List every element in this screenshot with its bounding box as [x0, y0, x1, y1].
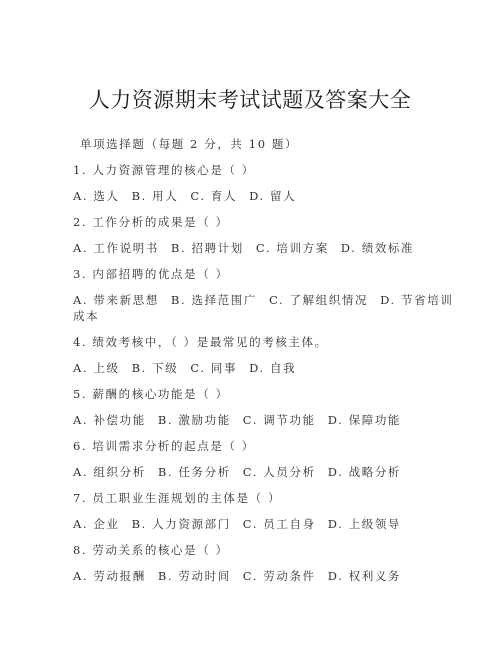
- option-c: C. 育人: [190, 188, 237, 204]
- question-3-options: A. 带来新思想B. 选择范围广C. 了解组织情况D. 节省培训: [73, 292, 453, 308]
- option-c: C. 人员分析: [243, 464, 316, 480]
- option-a: A. 带来新思想: [73, 292, 159, 308]
- option-c: C. 了解组织情况: [269, 292, 368, 308]
- option-d: D. 权利义务: [328, 568, 401, 584]
- question-8-stem: 8. 劳动关系的核心是（ ）: [73, 542, 229, 558]
- option-d: D. 自我: [249, 360, 296, 376]
- question-7-options: A. 企业B. 人力资源部门C. 员工自身D. 上级领导: [73, 516, 401, 532]
- option-a: A. 组织分析: [73, 464, 146, 480]
- question-6-options: A. 组织分析B. 任务分析C. 人员分析D. 战略分析: [73, 464, 401, 480]
- section-header: 单项选择题（每题 2 分，共 10 题）: [80, 136, 298, 152]
- question-2-stem: 2. 工作分析的成果是（ ）: [73, 214, 229, 230]
- option-d: D. 保障功能: [328, 412, 401, 428]
- document-title: 人力资源期末考试试题及答案大全: [0, 84, 500, 114]
- option-a: A. 工作说明书: [73, 240, 159, 256]
- question-1-options: A. 选人B. 用人C. 育人D. 留人: [73, 188, 296, 204]
- option-c: C. 调节功能: [243, 412, 316, 428]
- option-b: B. 选择范围广: [171, 292, 257, 308]
- question-4-options: A. 上级B. 下级C. 同事D. 自我: [73, 360, 296, 376]
- question-5-stem: 5. 薪酬的核心功能是（ ）: [73, 386, 229, 402]
- option-b: B. 劳动时间: [158, 568, 231, 584]
- option-d: D. 节省培训: [380, 292, 453, 308]
- question-6-stem: 6. 培训需求分析的起点是（ ）: [73, 438, 255, 454]
- question-8-options: A. 劳动报酬B. 劳动时间C. 劳动条件D. 权利义务: [73, 568, 401, 584]
- option-c: C. 员工自身: [243, 516, 316, 532]
- document-page: 人力资源期末考试试题及答案大全 单项选择题（每题 2 分，共 10 题） 1. …: [0, 0, 500, 647]
- option-d: D. 留人: [249, 188, 296, 204]
- question-5-options: A. 补偿功能B. 激励功能C. 调节功能D. 保障功能: [73, 412, 401, 428]
- option-b: B. 任务分析: [158, 464, 231, 480]
- option-d: D. 战略分析: [328, 464, 401, 480]
- option-b: B. 激励功能: [158, 412, 231, 428]
- option-a: A. 补偿功能: [73, 412, 146, 428]
- option-d: D. 上级领导: [328, 516, 401, 532]
- option-b: B. 用人: [132, 188, 179, 204]
- option-c: C. 同事: [190, 360, 237, 376]
- question-7-stem: 7. 员工职业生涯规划的主体是（ ）: [73, 490, 281, 506]
- option-b: B. 招聘计划: [171, 240, 244, 256]
- question-3-stem: 3. 内部招聘的优点是（ ）: [73, 266, 229, 282]
- question-2-options: A. 工作说明书B. 招聘计划C. 培训方案D. 绩效标准: [73, 240, 414, 256]
- question-3-options-wrap: 成本: [73, 308, 99, 324]
- option-a: A. 选人: [73, 188, 120, 204]
- question-4-stem: 4. 绩效考核中，（ ）是最常见的考核主体。: [73, 334, 328, 350]
- option-d: D. 绩效标准: [341, 240, 414, 256]
- option-c: C. 培训方案: [256, 240, 329, 256]
- question-1-stem: 1. 人力资源管理的核心是（ ）: [73, 162, 255, 178]
- option-a: A. 劳动报酬: [73, 568, 146, 584]
- option-b: B. 下级: [132, 360, 179, 376]
- option-c: C. 劳动条件: [243, 568, 316, 584]
- option-a: A. 上级: [73, 360, 120, 376]
- option-a: A. 企业: [73, 516, 120, 532]
- option-b: B. 人力资源部门: [132, 516, 231, 532]
